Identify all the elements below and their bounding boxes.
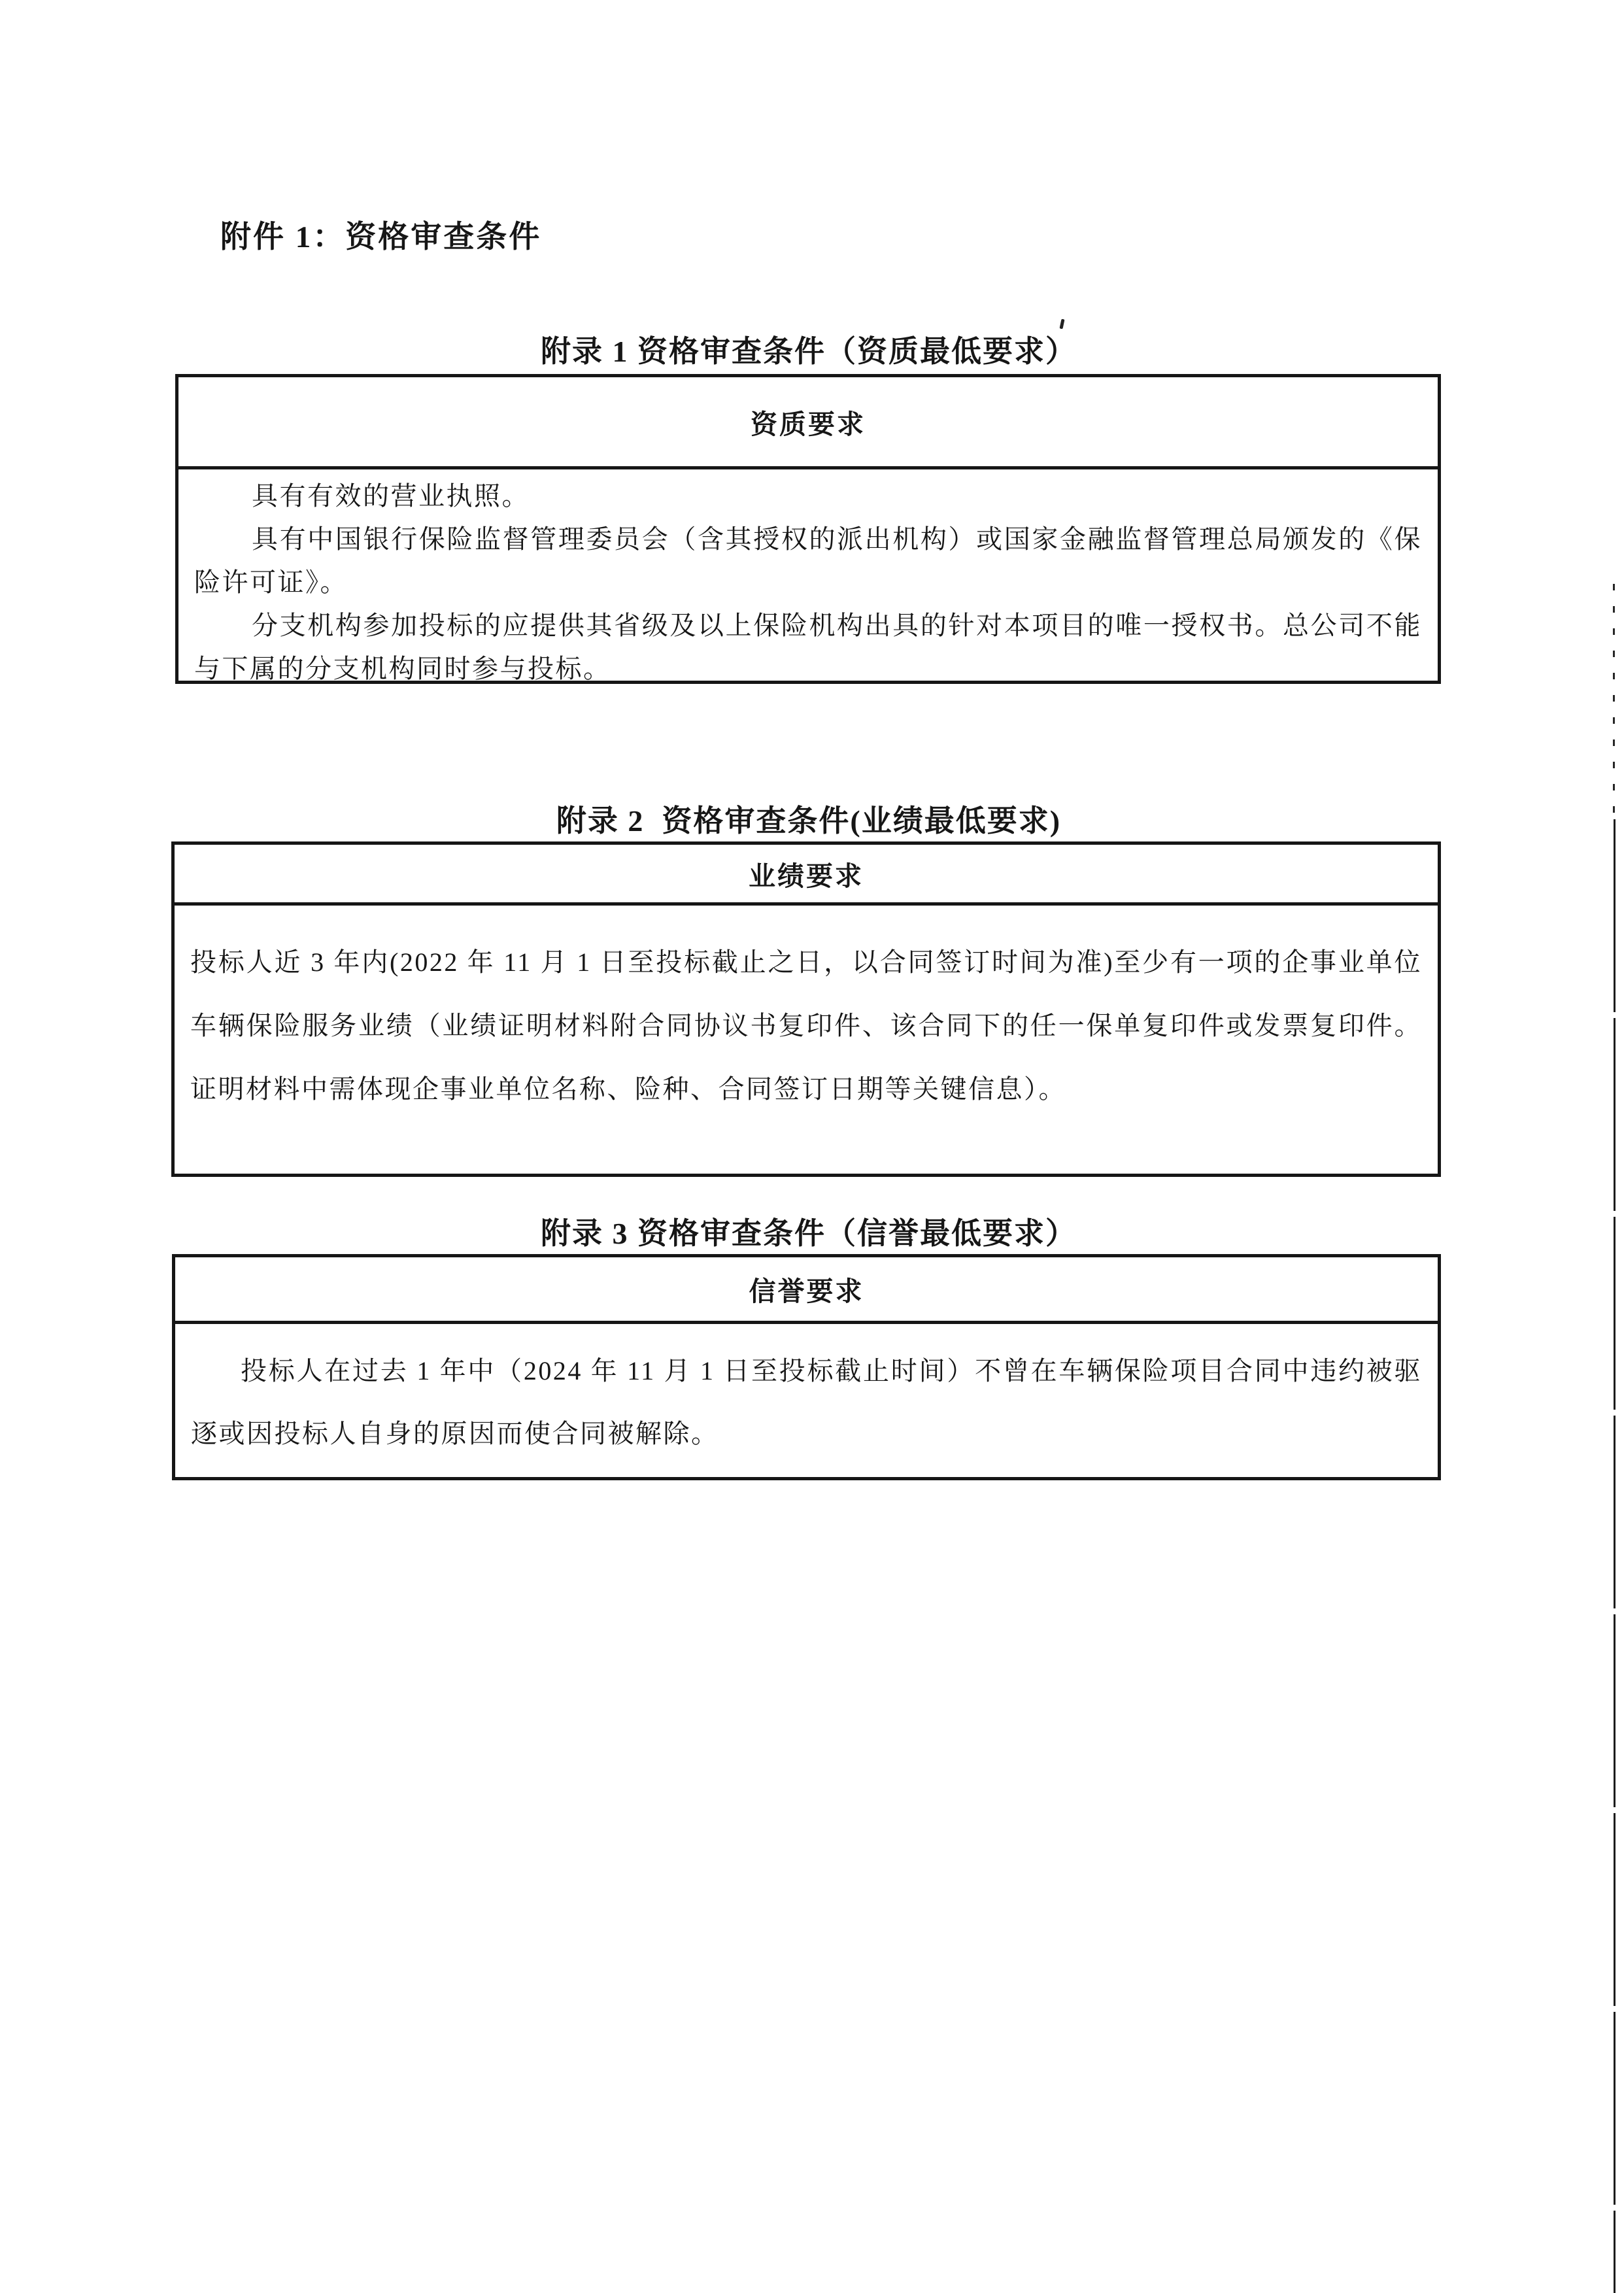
qualification-paragraph: 具有中国银行保险监督管理委员会（含其授权的派出机构）或国家金融监督管理总局颁发的… (194, 518, 1422, 604)
scan-artifact-line (1614, 819, 1616, 2293)
section-2-heading: 附录 2 资格审查条件(业绩最低要求) (177, 797, 1441, 840)
scan-artifact-dashed-line (1613, 584, 1615, 819)
qualification-table-body: 具有有效的营业执照。 具有中国银行保险监督管理委员会（含其授权的派出机构）或国家… (178, 469, 1438, 690)
qualification-paragraph: 具有有效的营业执照。 (194, 475, 1422, 518)
performance-paragraph: 投标人近 3 年内(2022 年 11 月 1 日至投标截止之日，以合同签订时间… (190, 930, 1422, 1121)
reputation-table-body: 投标人在过去 1 年中（2024 年 11 月 1 日至投标截止时间）不曾在车辆… (175, 1324, 1438, 1465)
scanned-document-page: { "document": { "title": "附件 1：资格审查条件", … (0, 0, 1624, 2293)
performance-table-header: 业绩要求 (175, 845, 1438, 906)
qualification-paragraph: 分支机构参加投标的应提供其省级及以上保险机构出具的针对本项目的唯一授权书。总公司… (194, 604, 1422, 690)
page-title: 附件 1：资格审查条件 (220, 212, 541, 256)
performance-table-body: 投标人近 3 年内(2022 年 11 月 1 日至投标截止之日，以合同签订时间… (175, 906, 1438, 1121)
reputation-table: 信誉要求 投标人在过去 1 年中（2024 年 11 月 1 日至投标截止时间）… (172, 1254, 1441, 1480)
reputation-paragraph: 投标人在过去 1 年中（2024 年 11 月 1 日至投标截止时间）不曾在车辆… (191, 1340, 1422, 1465)
qualification-table-header: 资质要求 (178, 377, 1438, 469)
performance-table: 业绩要求 投标人近 3 年内(2022 年 11 月 1 日至投标截止之日，以合… (171, 841, 1441, 1177)
qualification-table: 资质要求 具有有效的营业执照。 具有中国银行保险监督管理委员会（含其授权的派出机… (175, 374, 1441, 684)
section-3-heading: 附录 3 资格审查条件（信誉最低要求） (177, 1210, 1441, 1253)
reputation-table-header: 信誉要求 (175, 1257, 1438, 1324)
section-1-heading: 附录 1 资格审查条件（资质最低要求） (177, 328, 1441, 371)
